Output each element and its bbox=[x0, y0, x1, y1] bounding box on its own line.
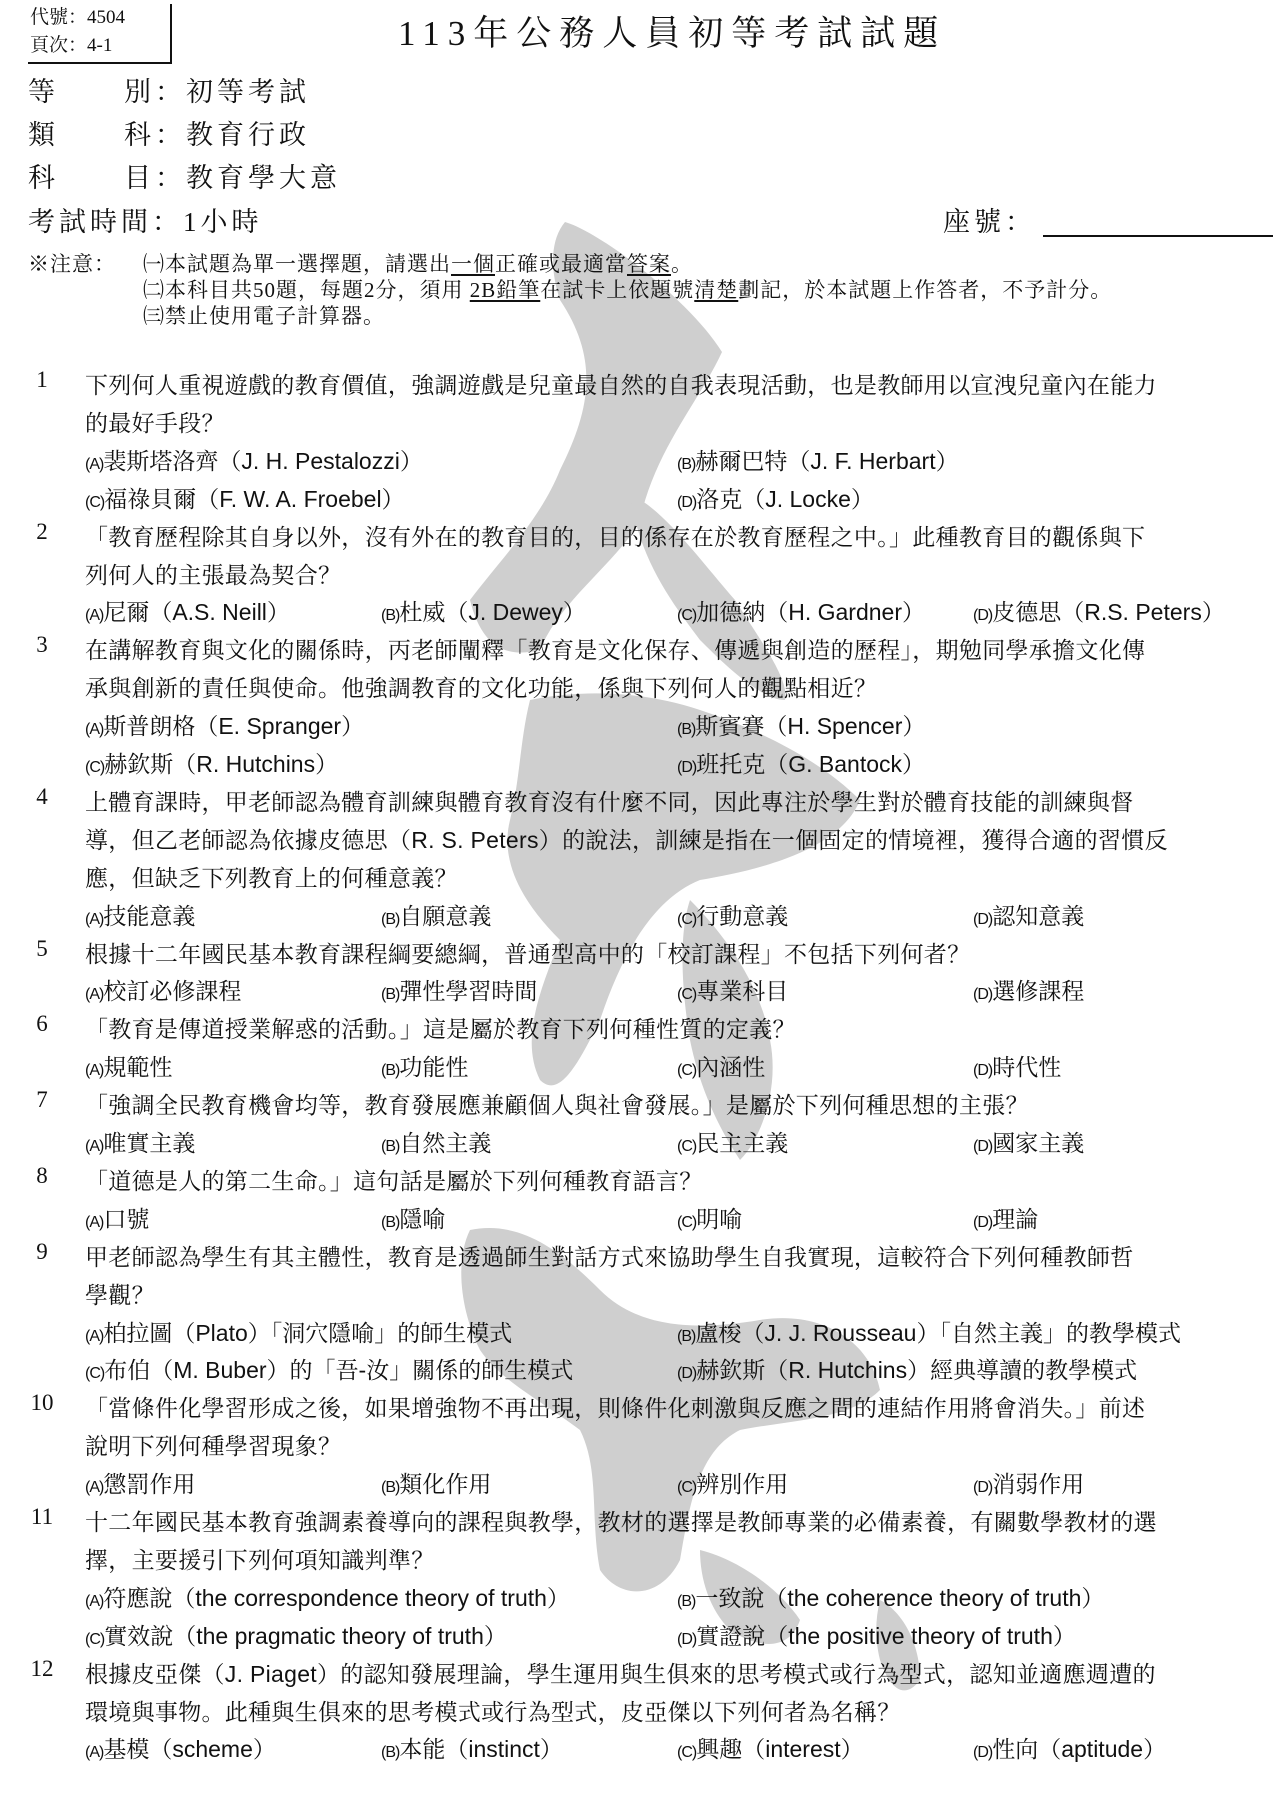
notice-underlined: 答案 bbox=[627, 252, 671, 276]
answer-option-c: (C)興趣（interest） bbox=[677, 1731, 864, 1764]
meta-key-suffix: 目： bbox=[124, 156, 186, 195]
question-stem-line: 擇，主要援引下列何項知識判準？ bbox=[85, 1542, 435, 1575]
meta-category: 類科：教育行政 bbox=[28, 113, 310, 152]
answer-option-a: (A)裴斯塔洛齊（J. H. Pestalozzi） bbox=[85, 443, 423, 476]
option-marker: (C) bbox=[677, 1138, 696, 1155]
question-number: 4 bbox=[22, 784, 62, 810]
meta-value: 教育行政 bbox=[186, 120, 310, 150]
question-stem-line: 「當條件化學習形成之後，如果增強物不再出現，則條件化刺激與反應之間的連結作用將會… bbox=[85, 1390, 1145, 1423]
option-text: 彈性學習時間 bbox=[399, 978, 537, 1004]
answer-option-d: (D)國家主義 bbox=[973, 1125, 1084, 1158]
option-marker: (A) bbox=[85, 1214, 103, 1231]
answer-option-b: (B)赫爾巴特（J. F. Herbart） bbox=[677, 443, 959, 476]
option-text: 杜威（J. Dewey） bbox=[399, 599, 586, 625]
option-text: 類化作用 bbox=[399, 1471, 491, 1497]
option-marker: (D) bbox=[677, 494, 696, 511]
answer-option-c: (C)民主主義 bbox=[677, 1125, 788, 1158]
option-text: 性向（aptitude） bbox=[992, 1736, 1166, 1762]
question-number: 6 bbox=[22, 1011, 62, 1037]
notice-text: ㈢禁止使用電子計算器。 bbox=[143, 304, 385, 328]
option-marker: (A) bbox=[85, 1593, 103, 1610]
option-text: 隱喻 bbox=[399, 1206, 445, 1232]
option-text: 技能意義 bbox=[103, 903, 195, 929]
question-stem-line: 列何人的主張最為契合？ bbox=[85, 557, 341, 590]
option-marker: (A) bbox=[85, 456, 103, 473]
option-marker: (D) bbox=[973, 1214, 992, 1231]
option-text: 明喻 bbox=[696, 1206, 742, 1232]
question-number: 7 bbox=[22, 1087, 62, 1113]
option-text: 赫爾巴特（J. F. Herbart） bbox=[695, 448, 958, 474]
answer-option-b: (B)自然主義 bbox=[381, 1125, 491, 1158]
option-text: 斯賓賽（H. Spencer） bbox=[695, 713, 925, 739]
option-marker: (D) bbox=[677, 1631, 696, 1648]
question-number: 10 bbox=[22, 1390, 62, 1416]
exam-time-label: 考試時間： bbox=[28, 207, 183, 237]
question-stem-line: 上體育課時，甲老師認為體育訓練與體育教育沒有什麼不同，因此專注於學生對於體育技能… bbox=[85, 784, 1134, 817]
option-marker: (C) bbox=[85, 1365, 104, 1382]
option-text: 實效說（the pragmatic theory of truth） bbox=[104, 1623, 507, 1649]
meta-key: 等 bbox=[28, 70, 124, 109]
option-marker: (C) bbox=[677, 911, 696, 928]
option-text: 唯實主義 bbox=[103, 1130, 195, 1156]
meta-key-suffix: 別： bbox=[124, 70, 186, 109]
option-marker: (B) bbox=[381, 1138, 399, 1155]
answer-option-c: (C)加德納（H. Gardner） bbox=[677, 594, 925, 627]
option-text: 認知意義 bbox=[992, 903, 1084, 929]
answer-option-a: (A)懲罰作用 bbox=[85, 1466, 195, 1499]
option-marker: (C) bbox=[677, 1214, 696, 1231]
option-marker: (D) bbox=[973, 911, 992, 928]
answer-option-d: (D)選修課程 bbox=[973, 973, 1084, 1006]
answer-option-c: (C)內涵性 bbox=[677, 1049, 765, 1082]
answer-option-d: (D)洛克（J. Locke） bbox=[677, 481, 874, 514]
option-text: 校訂必修課程 bbox=[103, 978, 241, 1004]
option-text: 自然主義 bbox=[399, 1130, 491, 1156]
exam-title: 113年公務人員初等考試試題 bbox=[398, 6, 946, 56]
question-stem-line: 環境與事物。此種與生俱來的思考模式或行為型式，皮亞傑以下列何者為名稱？ bbox=[85, 1694, 901, 1727]
option-text: 選修課程 bbox=[992, 978, 1084, 1004]
notice-text: 。 bbox=[671, 252, 693, 276]
option-marker: (C) bbox=[677, 607, 696, 624]
exam-code-row: 代號：4504 bbox=[30, 4, 170, 32]
option-text: 內涵性 bbox=[696, 1054, 765, 1080]
meta-grade: 等別：初等考試 bbox=[28, 70, 310, 109]
option-marker: (D) bbox=[973, 1138, 992, 1155]
answer-option-d: (D)皮德思（R.S. Peters） bbox=[973, 594, 1225, 627]
option-text: 赫欽斯（R. Hutchins） bbox=[104, 751, 338, 777]
exam-page: 代號：4504 頁次：4-1 113年公務人員初等考試試題 等別：初等考試 類科… bbox=[0, 0, 1280, 1815]
option-marker: (C) bbox=[85, 1631, 104, 1648]
option-marker: (D) bbox=[973, 986, 992, 1003]
option-marker: (B) bbox=[381, 607, 399, 624]
option-text: 加德納（H. Gardner） bbox=[696, 599, 925, 625]
answer-option-b: (B)彈性學習時間 bbox=[381, 973, 537, 1006]
meta-subject: 科目：教育學大意 bbox=[28, 156, 341, 195]
question-stem-line: 「教育是傳道授業解惑的活動。」這是屬於教育下列何種性質的定義？ bbox=[85, 1011, 796, 1044]
answer-option-d: (D)理論 bbox=[973, 1201, 1038, 1234]
answer-option-c: (C)專業科目 bbox=[677, 973, 788, 1006]
question-stem-line: 的最好手段？ bbox=[85, 405, 225, 438]
option-marker: (B) bbox=[381, 1744, 399, 1761]
notice-underlined: 2B鉛筆 bbox=[470, 278, 541, 302]
meta-exam-time: 考試時間：1小時 bbox=[28, 200, 263, 239]
option-marker: (A) bbox=[85, 986, 103, 1003]
notice-text: 正確或最適當 bbox=[495, 252, 627, 276]
question-number: 1 bbox=[22, 367, 62, 393]
option-marker: (A) bbox=[85, 1138, 103, 1155]
option-text: 民主主義 bbox=[696, 1130, 788, 1156]
option-text: 洛克（J. Locke） bbox=[696, 486, 874, 512]
option-marker: (B) bbox=[677, 456, 695, 473]
option-text: 一致說（the coherence theory of truth） bbox=[695, 1585, 1104, 1611]
answer-option-a: (A)唯實主義 bbox=[85, 1125, 195, 1158]
question-stem-line: 下列何人重視遊戲的教育價值，強調遊戲是兒童最自然的自我表現活動，也是教師用以宣洩… bbox=[85, 367, 1157, 400]
answer-option-b: (B)類化作用 bbox=[381, 1466, 491, 1499]
answer-option-c: (C)福祿貝爾（F. W. A. Froebel） bbox=[85, 481, 405, 514]
question-stem-line: 承與創新的責任與使命。他強調教育的文化功能，係與下列何人的觀點相近？ bbox=[85, 670, 877, 703]
meta-value: 教育學大意 bbox=[186, 163, 341, 193]
notice-text: ㈡本科目共50題，每題2分，須用 bbox=[143, 278, 470, 302]
question-number: 5 bbox=[22, 936, 62, 962]
notice-item-1: ※注意：㈠本試題為單一選擇題，請選出一個正確或最適當答案。 bbox=[28, 251, 1112, 277]
option-marker: (D) bbox=[973, 1479, 992, 1496]
option-marker: (A) bbox=[85, 721, 103, 738]
option-marker: (D) bbox=[973, 1062, 992, 1079]
option-marker: (B) bbox=[381, 911, 399, 928]
answer-option-d: (D)性向（aptitude） bbox=[973, 1731, 1166, 1764]
answer-option-b: (B)隱喻 bbox=[381, 1201, 445, 1234]
option-text: 消弱作用 bbox=[992, 1471, 1084, 1497]
page-number-row: 頁次：4-1 bbox=[30, 32, 170, 60]
answer-option-a: (A)技能意義 bbox=[85, 898, 195, 931]
seat-number-label: 座號： bbox=[943, 200, 1036, 239]
option-marker: (B) bbox=[381, 1062, 399, 1079]
question-number: 9 bbox=[22, 1239, 62, 1265]
option-text: 柏拉圖（Plato）「洞穴隱喻」的師生模式 bbox=[103, 1320, 512, 1346]
option-text: 本能（instinct） bbox=[399, 1736, 563, 1762]
option-marker: (D) bbox=[677, 759, 696, 776]
exam-code-value: 4504 bbox=[87, 7, 125, 28]
option-marker: (D) bbox=[677, 1365, 696, 1382]
answer-option-c: (C)行動意義 bbox=[677, 898, 788, 931]
option-marker: (B) bbox=[381, 1214, 399, 1231]
notice-block: ※注意：㈠本試題為單一選擇題，請選出一個正確或最適當答案。 ㈡本科目共50題，每… bbox=[28, 251, 1112, 329]
answer-option-b: (B)自願意義 bbox=[381, 898, 491, 931]
option-text: 基模（scheme） bbox=[103, 1736, 276, 1762]
answer-option-a: (A)斯普朗格（E. Spranger） bbox=[85, 708, 364, 741]
answer-option-a: (A)口號 bbox=[85, 1201, 149, 1234]
option-marker: (B) bbox=[677, 721, 695, 738]
option-text: 尼爾（A.S. Neill） bbox=[103, 599, 290, 625]
answer-option-b: (B)杜威（J. Dewey） bbox=[381, 594, 586, 627]
option-marker: (C) bbox=[85, 494, 104, 511]
option-text: 盧梭（J. J. Rousseau）「自然主義」的教學模式 bbox=[695, 1320, 1181, 1346]
question-stem-line: 導，但乙老師認為依據皮德思（R. S. Peters）的說法，訓練是指在一個固定… bbox=[85, 822, 1168, 855]
question-stem-line: 「強調全民教育機會均等，教育發展應兼顧個人與社會發展。」是屬於下列何種思想的主張… bbox=[85, 1087, 1029, 1120]
option-text: 裴斯塔洛齊（J. H. Pestalozzi） bbox=[103, 448, 423, 474]
answer-option-b: (B)一致說（the coherence theory of truth） bbox=[677, 1580, 1104, 1613]
option-text: 斯普朗格（E. Spranger） bbox=[103, 713, 364, 739]
question-stem-line: 在講解教育與文化的關係時，丙老師闡釋「教育是文化保存、傳遞與創造的歷程」，期勉同… bbox=[85, 632, 1145, 665]
notice-text: 劃記，於本試題上作答者，不予計分。 bbox=[738, 278, 1112, 302]
option-text: 功能性 bbox=[399, 1054, 468, 1080]
option-text: 皮德思（R.S. Peters） bbox=[992, 599, 1225, 625]
question-number: 12 bbox=[22, 1656, 62, 1682]
answer-option-d: (D)實證說（the positive theory of truth） bbox=[677, 1618, 1076, 1651]
question-number: 11 bbox=[22, 1504, 62, 1530]
exam-time-value: 1小時 bbox=[183, 207, 263, 237]
meta-key: 科 bbox=[28, 156, 124, 195]
answer-option-a: (A)柏拉圖（Plato）「洞穴隱喻」的師生模式 bbox=[85, 1315, 512, 1348]
option-text: 專業科目 bbox=[696, 978, 788, 1004]
question-stem-line: 十二年國民基本教育強調素養導向的課程與教學，教材的選擇是教師專業的必備素養，有關… bbox=[85, 1504, 1157, 1537]
question-stem-line: 根據十二年國民基本教育課程綱要總綱，普通型高中的「校訂課程」不包括下列何者？ bbox=[85, 936, 970, 969]
answer-option-b: (B)斯賓賽（H. Spencer） bbox=[677, 708, 925, 741]
option-text: 口號 bbox=[103, 1206, 149, 1232]
answer-option-b: (B)功能性 bbox=[381, 1049, 468, 1082]
option-marker: (C) bbox=[677, 1062, 696, 1079]
meta-value: 初等考試 bbox=[186, 77, 310, 107]
option-text: 福祿貝爾（F. W. A. Froebel） bbox=[104, 486, 404, 512]
option-marker: (C) bbox=[677, 986, 696, 1003]
option-text: 興趣（interest） bbox=[696, 1736, 863, 1762]
option-marker: (A) bbox=[85, 911, 103, 928]
page-number-value: 4-1 bbox=[87, 35, 112, 56]
answer-option-a: (A)基模（scheme） bbox=[85, 1731, 276, 1764]
option-marker: (B) bbox=[381, 986, 399, 1003]
question-number: 3 bbox=[22, 632, 62, 658]
option-marker: (A) bbox=[85, 1062, 103, 1079]
answer-option-b: (B)盧梭（J. J. Rousseau）「自然主義」的教學模式 bbox=[677, 1315, 1181, 1348]
answer-option-c: (C)辨別作用 bbox=[677, 1466, 788, 1499]
notice-item-2: ㈡本科目共50題，每題2分，須用 2B鉛筆在試卡上依題號清楚劃記，於本試題上作答… bbox=[28, 277, 1112, 303]
answer-option-d: (D)時代性 bbox=[973, 1049, 1061, 1082]
question-stem-line: 應，但缺乏下列教育上的何種意義？ bbox=[85, 860, 458, 893]
option-marker: (A) bbox=[85, 1328, 103, 1345]
answer-option-a: (A)尼爾（A.S. Neill） bbox=[85, 594, 290, 627]
seat-number-field[interactable] bbox=[1043, 235, 1273, 237]
option-text: 實證說（the positive theory of truth） bbox=[696, 1623, 1076, 1649]
question-stem-line: 「道德是人的第二生命。」這句話是屬於下列何種教育語言？ bbox=[85, 1163, 703, 1196]
question-stem-line: 根據皮亞傑（J. Piaget）的認知發展理論，學生運用與生俱來的思考模式或行為… bbox=[85, 1656, 1156, 1689]
option-marker: (A) bbox=[85, 1744, 103, 1761]
option-text: 懲罰作用 bbox=[103, 1471, 195, 1497]
answer-option-d: (D)班托克（G. Bantock） bbox=[677, 746, 925, 779]
option-marker: (C) bbox=[85, 759, 104, 776]
option-text: 國家主義 bbox=[992, 1130, 1084, 1156]
meta-key: 類 bbox=[28, 113, 124, 152]
answer-option-c: (C)赫欽斯（R. Hutchins） bbox=[85, 746, 338, 779]
answer-option-c: (C)布伯（M. Buber）的「吾-汝」關係的師生模式 bbox=[85, 1352, 573, 1385]
option-marker: (C) bbox=[677, 1744, 696, 1761]
answer-option-a: (A)校訂必修課程 bbox=[85, 973, 241, 1006]
notice-lead: ※注意： bbox=[28, 251, 143, 277]
question-stem-line: 「教育歷程除其自身以外，沒有外在的教育目的，目的係存在於教育歷程之中。」此種教育… bbox=[85, 519, 1145, 552]
question-number: 2 bbox=[22, 519, 62, 545]
question-stem-line: 學觀？ bbox=[85, 1277, 155, 1310]
meta-key-suffix: 科： bbox=[124, 113, 186, 152]
option-text: 行動意義 bbox=[696, 903, 788, 929]
option-text: 符應說（the correspondence theory of truth） bbox=[103, 1585, 570, 1611]
answer-option-d: (D)消弱作用 bbox=[973, 1466, 1084, 1499]
option-text: 規範性 bbox=[103, 1054, 172, 1080]
notice-text: ㈠本試題為單一選擇題，請選出 bbox=[143, 252, 451, 276]
exam-code-box: 代號：4504 頁次：4-1 bbox=[28, 4, 172, 64]
option-text: 自願意義 bbox=[399, 903, 491, 929]
option-marker: (B) bbox=[677, 1593, 695, 1610]
option-marker: (D) bbox=[973, 1744, 992, 1761]
option-marker: (A) bbox=[85, 1479, 103, 1496]
option-marker: (B) bbox=[381, 1479, 399, 1496]
question-stem-line: 說明下列何種學習現象？ bbox=[85, 1428, 341, 1461]
option-text: 赫欽斯（R. Hutchins）經典導讀的教學模式 bbox=[696, 1357, 1137, 1383]
option-text: 理論 bbox=[992, 1206, 1038, 1232]
option-text: 班托克（G. Bantock） bbox=[696, 751, 925, 777]
option-text: 布伯（M. Buber）的「吾-汝」關係的師生模式 bbox=[104, 1357, 573, 1383]
answer-option-a: (A)規範性 bbox=[85, 1049, 172, 1082]
notice-item-3: ㈢禁止使用電子計算器。 bbox=[28, 303, 1112, 329]
question-number: 8 bbox=[22, 1163, 62, 1189]
option-marker: (B) bbox=[677, 1328, 695, 1345]
option-marker: (C) bbox=[677, 1479, 696, 1496]
page-number-label: 頁次： bbox=[30, 35, 87, 56]
exam-code-label: 代號： bbox=[30, 7, 87, 28]
answer-option-d: (D)赫欽斯（R. Hutchins）經典導讀的教學模式 bbox=[677, 1352, 1137, 1385]
option-text: 時代性 bbox=[992, 1054, 1061, 1080]
notice-underlined: 一個 bbox=[451, 252, 495, 276]
option-marker: (A) bbox=[85, 607, 103, 624]
option-marker: (D) bbox=[973, 607, 992, 624]
notice-underlined: 清楚 bbox=[694, 278, 738, 302]
question-stem-line: 甲老師認為學生有其主體性，教育是透過師生對話方式來協助學生自我實現，這較符合下列… bbox=[85, 1239, 1134, 1272]
answer-option-a: (A)符應說（the correspondence theory of trut… bbox=[85, 1580, 570, 1613]
option-text: 辨別作用 bbox=[696, 1471, 788, 1497]
answer-option-c: (C)實效說（the pragmatic theory of truth） bbox=[85, 1618, 507, 1651]
answer-option-b: (B)本能（instinct） bbox=[381, 1731, 563, 1764]
answer-option-d: (D)認知意義 bbox=[973, 898, 1084, 931]
answer-option-c: (C)明喻 bbox=[677, 1201, 742, 1234]
notice-text: 在試卡上依題號 bbox=[540, 278, 694, 302]
